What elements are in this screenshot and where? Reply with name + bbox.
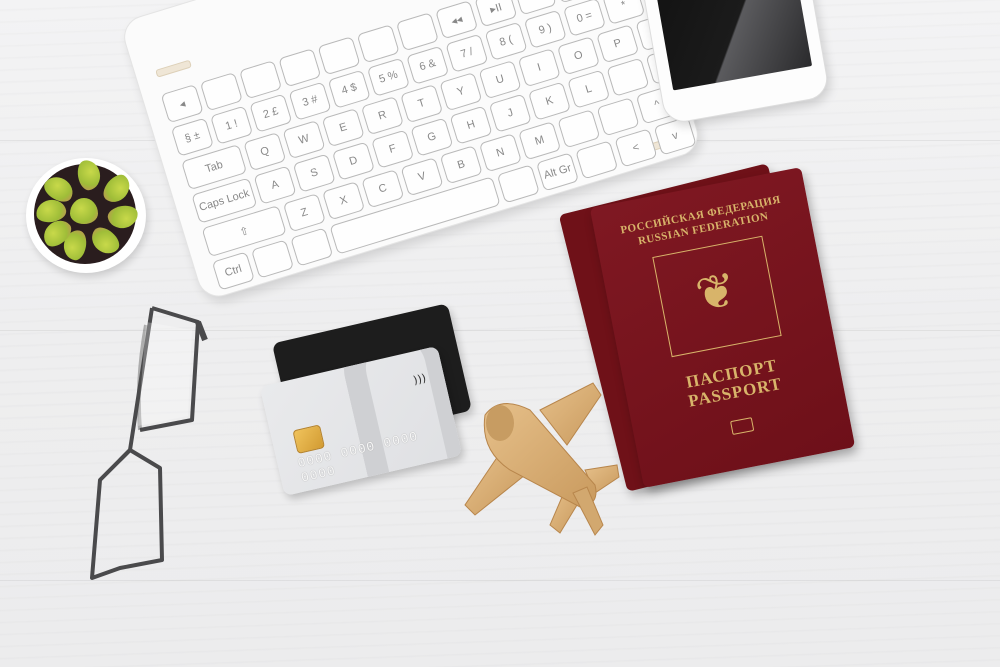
keyboard-key: N — [479, 133, 522, 172]
keyboard-key: H — [449, 106, 492, 145]
keyboard-key: 4 $ — [328, 70, 371, 109]
keyboard-key: P — [596, 24, 639, 63]
keyboard-key: B — [440, 145, 483, 184]
biometric-chip-icon — [730, 417, 754, 435]
keyboard-key — [251, 239, 294, 278]
keyboard-key: E — [322, 108, 365, 147]
keyboard-key — [317, 36, 360, 75]
keyboard-key: V — [400, 157, 443, 196]
keyboard-key — [596, 97, 639, 136]
keyboard-key: ◂◂ — [435, 0, 478, 39]
keyboard-key — [396, 12, 439, 51]
keyboard-key: Q — [243, 132, 286, 171]
keyboard-key — [606, 58, 649, 97]
keyboard-key — [290, 227, 333, 266]
keyboard-key — [575, 140, 618, 179]
keyboard-key: Ctrl — [212, 251, 255, 290]
keyboard-key: 5 % — [367, 58, 410, 97]
coat-of-arms-icon: ❦ — [657, 255, 776, 331]
keyboard-key: < — [614, 128, 657, 167]
keyboard-key — [357, 24, 400, 63]
keyboard-key — [239, 60, 282, 99]
keyboard-key: S — [293, 153, 336, 192]
keyboard-key: Y — [439, 72, 482, 111]
keyboard-key: A — [253, 165, 296, 204]
keyboard-key: X — [322, 181, 365, 220]
keyboard-key: ◂ — [161, 84, 204, 123]
keyboard-key: I — [518, 48, 561, 87]
keyboard-key: L — [567, 70, 610, 109]
keyboard-key: 6 & — [406, 46, 449, 85]
keyboard-key: 7 / — [445, 34, 488, 73]
keyboard-key — [278, 48, 321, 87]
keyboard-key: M — [518, 121, 561, 160]
keyboard-key: § ± — [171, 118, 214, 157]
keyboard-key: Alt Gr — [536, 152, 579, 191]
keyboard-key — [200, 72, 243, 111]
keyboard-key: U — [478, 60, 521, 99]
keyboard-key: R — [361, 96, 404, 135]
keyboard-key: 9 ) — [524, 10, 567, 49]
keyboard-key: T — [400, 84, 443, 123]
keyboard-key: 1 ! — [210, 106, 253, 145]
keyboard-key: 8 ( — [484, 22, 527, 61]
keyboard-key: D — [332, 142, 375, 181]
keyboard-key: C — [361, 169, 404, 208]
card-chip-icon — [292, 424, 325, 454]
passport-emblem-frame: ❦ — [652, 236, 781, 357]
keyboard-key: F — [371, 130, 414, 169]
keyboard-key — [557, 109, 600, 148]
succulent-pot — [26, 158, 146, 273]
keyboard-key: G — [410, 118, 453, 157]
phone-screen — [649, 0, 812, 90]
keyboard-foot — [155, 60, 192, 78]
keyboard-key: Z — [283, 193, 326, 232]
eyeglasses — [80, 300, 220, 590]
keyboard-key: 2 £ — [249, 94, 292, 133]
keyboard-key: W — [282, 120, 325, 159]
keyboard-key: O — [557, 36, 600, 75]
keyboard-key: 0 = — [563, 0, 606, 37]
leaf-center — [70, 198, 98, 224]
keyboard-key: 3 # — [288, 82, 331, 121]
keyboard-key: J — [489, 94, 532, 133]
keyboard-key — [497, 164, 540, 203]
wooden-toy-airplane — [455, 375, 625, 540]
keyboard-key: v — [654, 116, 697, 155]
keyboard-key: K — [528, 82, 571, 121]
